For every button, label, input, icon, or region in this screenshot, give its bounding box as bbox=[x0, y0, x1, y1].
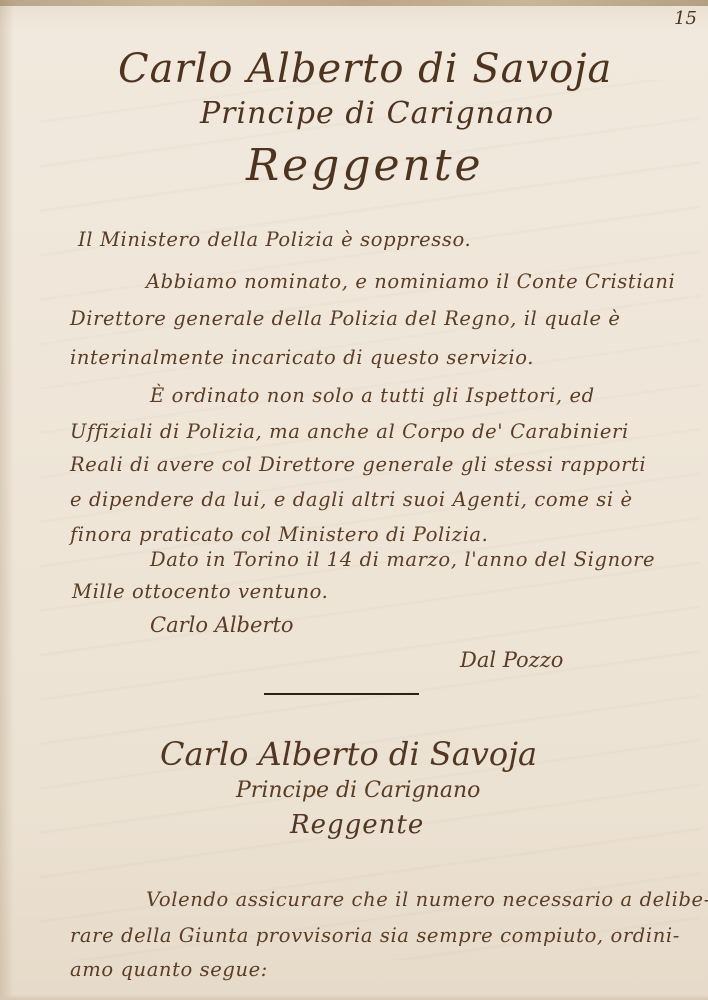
page-top-edge bbox=[0, 0, 708, 6]
decree-1-line: Dato in Torino il 14 di marzo, l'anno de… bbox=[150, 548, 655, 571]
section-divider bbox=[264, 693, 419, 695]
decree-1-line: È ordinato non solo a tutti gli Ispettor… bbox=[150, 384, 595, 407]
decree-1-line: Il Ministero della Polizia è soppresso. bbox=[78, 228, 471, 251]
decree-1-line: Mille ottocento ventuno. bbox=[72, 580, 328, 603]
signature-carlo-alberto: Carlo Alberto bbox=[150, 613, 294, 637]
decree-2-line: amo quanto segue: bbox=[70, 958, 268, 981]
page-bottom-edge bbox=[0, 994, 708, 1000]
decree-2-heading-name: Carlo Alberto di Savoja bbox=[160, 735, 537, 773]
decree-2-line: Volendo assicurare che il numero necessa… bbox=[146, 888, 708, 911]
decree-2-heading-title: Principe di Carignano bbox=[236, 778, 480, 803]
signature-dal-pozzo: Dal Pozzo bbox=[460, 648, 563, 672]
decree-1-line: Abbiamo nominato, e nominiamo il Conte C… bbox=[146, 270, 675, 293]
decree-1-heading-name: Carlo Alberto di Savoja bbox=[118, 46, 612, 92]
folio-number: 15 bbox=[674, 8, 697, 29]
decree-1-line: finora praticato col Ministero di Polizi… bbox=[70, 523, 488, 546]
decree-1-line: interinalmente incaricato di questo serv… bbox=[70, 346, 534, 369]
page-binding-shadow bbox=[0, 0, 14, 1000]
decree-2-line: rare della Giunta provvisoria sia sempre… bbox=[70, 924, 680, 947]
decree-1-heading-title: Principe di Carignano bbox=[200, 96, 554, 131]
decree-1-heading-regent: Reggente bbox=[246, 140, 484, 191]
decree-1-line: e dipendere da lui, e dagli altri suoi A… bbox=[70, 488, 633, 511]
decree-1-line: Uffiziali di Polizia, ma anche al Corpo … bbox=[70, 420, 629, 443]
decree-1-line: Direttore generale della Polizia del Reg… bbox=[70, 307, 621, 330]
decree-1-line: Reali di avere col Direttore generale gl… bbox=[70, 453, 646, 476]
decree-2-heading-regent: Reggente bbox=[290, 810, 424, 840]
